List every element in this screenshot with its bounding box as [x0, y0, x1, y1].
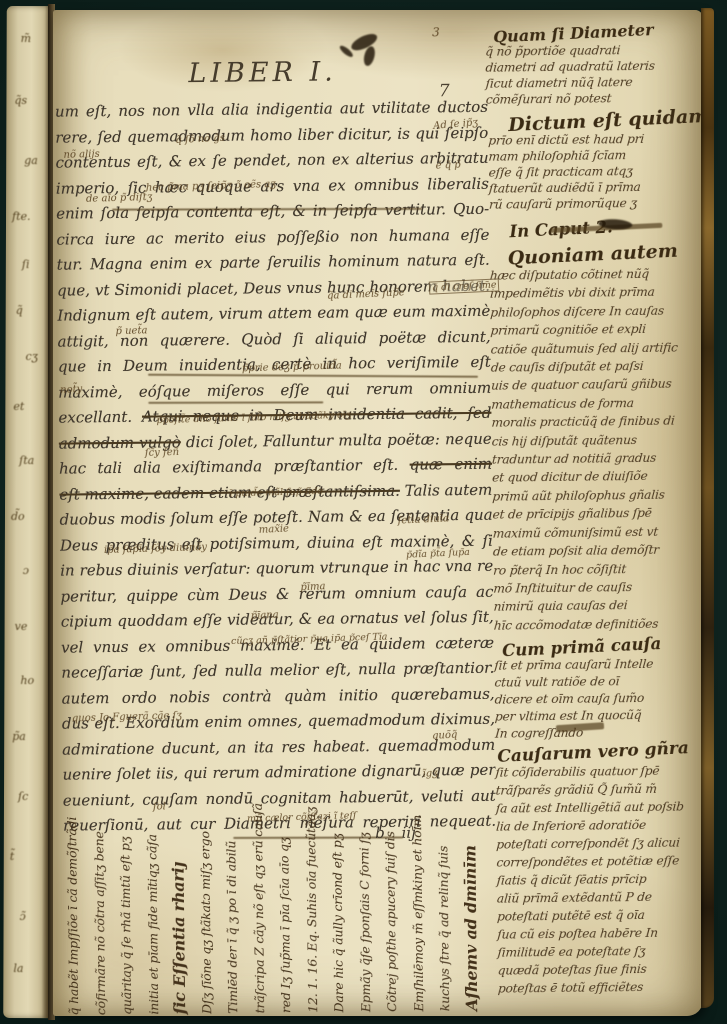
edge-fragment: ſta	[19, 454, 34, 467]
bottom-note-line: Dare hic q̃ ãully crīond eſt pʒ	[324, 840, 352, 1012]
edge-fragment: fte.	[12, 210, 31, 223]
bottom-note-line: red Iʒ ſup̃ma ī pīa ſcīa aīo qʒ	[271, 841, 299, 1013]
bottom-note-line: kuchys ſtre q̃ ad relinq̃ ſuis	[430, 839, 458, 1011]
edge-fragment: et	[13, 400, 24, 413]
bottom-note-line: Emſhilēmoy m̃ eſſmkiny et hoīm	[404, 839, 432, 1011]
edge-fragment: ſi	[22, 258, 30, 271]
bottom-note-line: Aſhemv ad dmīnīm	[457, 839, 485, 1011]
edge-fragment: ɔ	[23, 564, 29, 577]
fore-edge	[701, 8, 714, 1008]
bottom-note-line: quãritay q̃ ſe rhã timtũ eſt pʒ	[112, 843, 140, 1015]
bottom-note-line: trãſcripa Z cãy nõ eſt qʒ erũ cauſã	[245, 841, 273, 1013]
previous-page-edge: m̃q̃sgafte.ſiq̃cʒetſtad̃oɔvehop̃aſct̃ɔ̃l…	[3, 6, 52, 1018]
bottom-note-line: cõfirmãre nõ cõtra aſſitʒ bene	[86, 843, 114, 1015]
bottom-margin-annotations: q̃ habẽt Impſſiõe ī cã demõſtrãdicõfirmã…	[59, 839, 491, 1016]
edge-fragment: ga	[24, 154, 38, 167]
edge-fragment: q̃	[16, 304, 23, 317]
bottom-margin-rotated-text: q̃ habẽt Impſſiõe ī cã demõſtrãdicõfirmã…	[59, 839, 491, 1016]
edge-fragment: m̃	[21, 32, 31, 45]
edge-fragment: ve	[15, 620, 28, 633]
bottom-note-line: ſic Eſſentia rhariȷ	[165, 842, 193, 1014]
ink-line	[148, 374, 478, 378]
edge-fragment: p̃a	[12, 730, 26, 743]
edge-fragment: ɔ̃	[20, 910, 26, 923]
bottom-note-line: initia et pīam fide mītiqʒ cãſa	[139, 842, 167, 1014]
edge-fragment: t̃	[10, 850, 14, 863]
edge-fragment: d̃o	[11, 510, 25, 523]
page-content: LIBER I. 7 um eſt, nos non vlla alia ind…	[48, 6, 709, 1019]
edge-fragment: cʒ	[26, 350, 38, 363]
book-page: LIBER I. 7 um eſt, nos non vlla alia ind…	[53, 10, 703, 1016]
ink-line	[148, 401, 323, 403]
edge-fragment: q̃s	[14, 94, 27, 107]
ink-line	[556, 722, 604, 732]
bottom-note-line: Cõtrej poſthe apucery fuiſ dis	[377, 840, 405, 1012]
edge-fragment: la	[13, 962, 23, 975]
bottom-note-line: q̃ habẽt Impſſiõe ī cã demõſtrãdi	[59, 843, 87, 1015]
bottom-note-line: Timlēd der ī q̃ ʒ po ī di abilũ	[218, 842, 246, 1014]
bottom-note-line: Dſʒ ſīõne qʒ ſtãkatɔ miſʒ ergo	[192, 842, 220, 1014]
bottom-note-line: Epmãy q̃ſe ſponſais C forni ſʒ	[351, 840, 379, 1012]
edge-fragment: ho	[20, 674, 34, 687]
book-photo: m̃q̃sgafte.ſiq̃cʒetſtad̃oɔvehop̃aſct̃ɔ̃l…	[0, 0, 727, 1024]
edge-fragment: ſc	[18, 790, 28, 803]
ink-line	[112, 208, 422, 211]
bottom-note-line: 12. 1. 16. Eq. Suhis oīa fuecũtãaʒ	[298, 841, 326, 1013]
